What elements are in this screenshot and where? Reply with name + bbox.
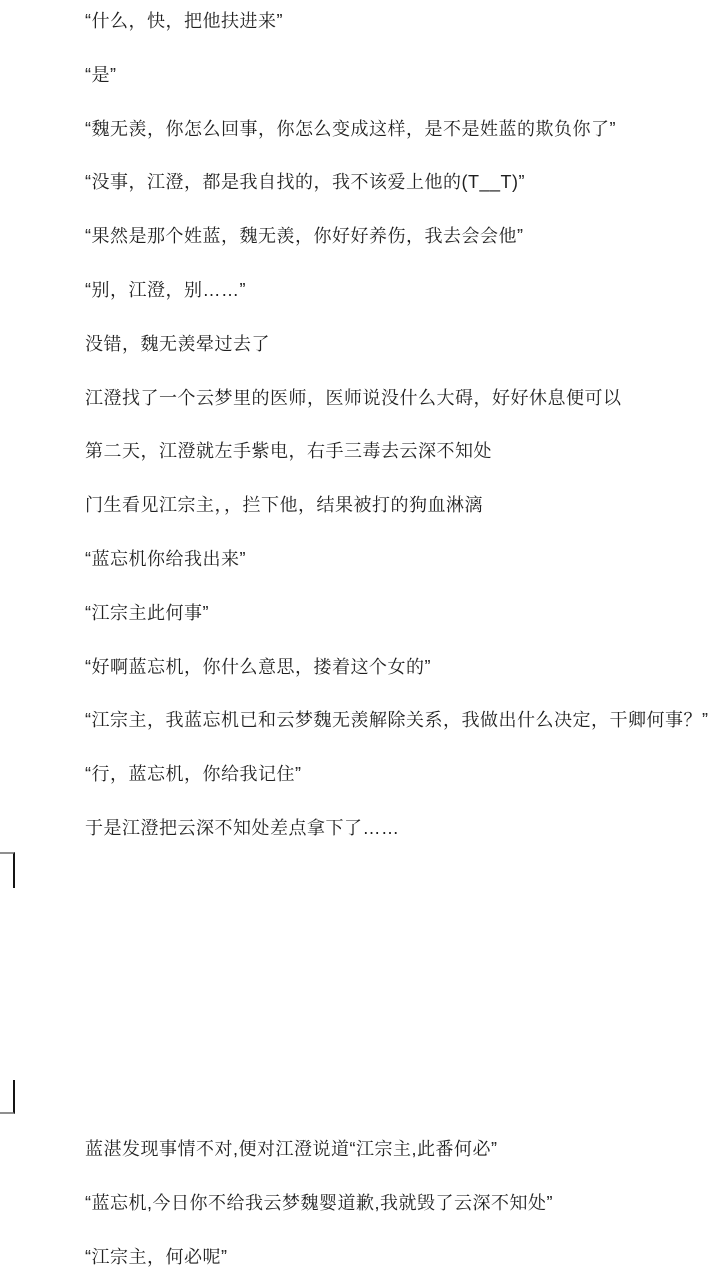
story-line: “别，江澄，别……” — [85, 264, 720, 318]
story-text-bottom: 蓝湛发现事情不对,便对江澄说道“江宗主,此番何必” “蓝忘机,今日你不给我云梦魏… — [85, 1123, 720, 1280]
story-line: “没事，江澄，都是我自找的，我不该爱上他的(T__T)” — [85, 156, 720, 210]
story-line: “是” — [85, 49, 720, 103]
story-line: “什么，快，把他扶进来” — [85, 0, 720, 49]
story-line: “江宗主此何事” — [85, 587, 720, 641]
story-line: 江澄找了一个云梦里的医师，医师说没什么大碍，好好休息便可以 — [85, 372, 720, 426]
story-line: “江宗主，何必呢” — [85, 1231, 720, 1280]
story-line: “魏无羡，你怎么回事，你怎么变成这样，是不是姓蓝的欺负你了” — [85, 103, 720, 157]
reader-page: “什么，快，把他扶进来” “是” “魏无羡，你怎么回事，你怎么变成这样，是不是姓… — [0, 0, 720, 1280]
story-line: “行，蓝忘机，你给我记住” — [85, 748, 720, 802]
cropped-box-top-right-corner — [0, 852, 15, 888]
story-line: 蓝湛发现事情不对,便对江澄说道“江宗主,此番何必” — [85, 1123, 720, 1177]
story-line: 门生看见江宗主，，拦下他，结果被打的狗血淋漓 — [85, 479, 720, 533]
story-text-top: “什么，快，把他扶进来” “是” “魏无羡，你怎么回事，你怎么变成这样，是不是姓… — [85, 0, 720, 856]
story-line: “蓝忘机你给我出来” — [85, 533, 720, 587]
cropped-box-bottom-right-corner — [0, 1080, 15, 1114]
story-line: 没错，魏无羡晕过去了 — [85, 318, 720, 372]
story-line: “蓝忘机,今日你不给我云梦魏婴道歉,我就毁了云深不知处” — [85, 1177, 720, 1231]
story-line: 于是江澄把云深不知处差点拿下了…… — [85, 802, 720, 856]
story-line: 第二天，江澄就左手紫电，右手三毒去云深不知处 — [85, 425, 720, 479]
story-line: “江宗主，我蓝忘机已和云梦魏无羡解除关系，我做出什么决定，干卿何事？” — [85, 694, 720, 748]
story-line: “好啊蓝忘机，你什么意思，搂着这个女的” — [85, 641, 720, 695]
story-line: “果然是那个姓蓝，魏无羡，你好好养伤，我去会会他” — [85, 210, 720, 264]
